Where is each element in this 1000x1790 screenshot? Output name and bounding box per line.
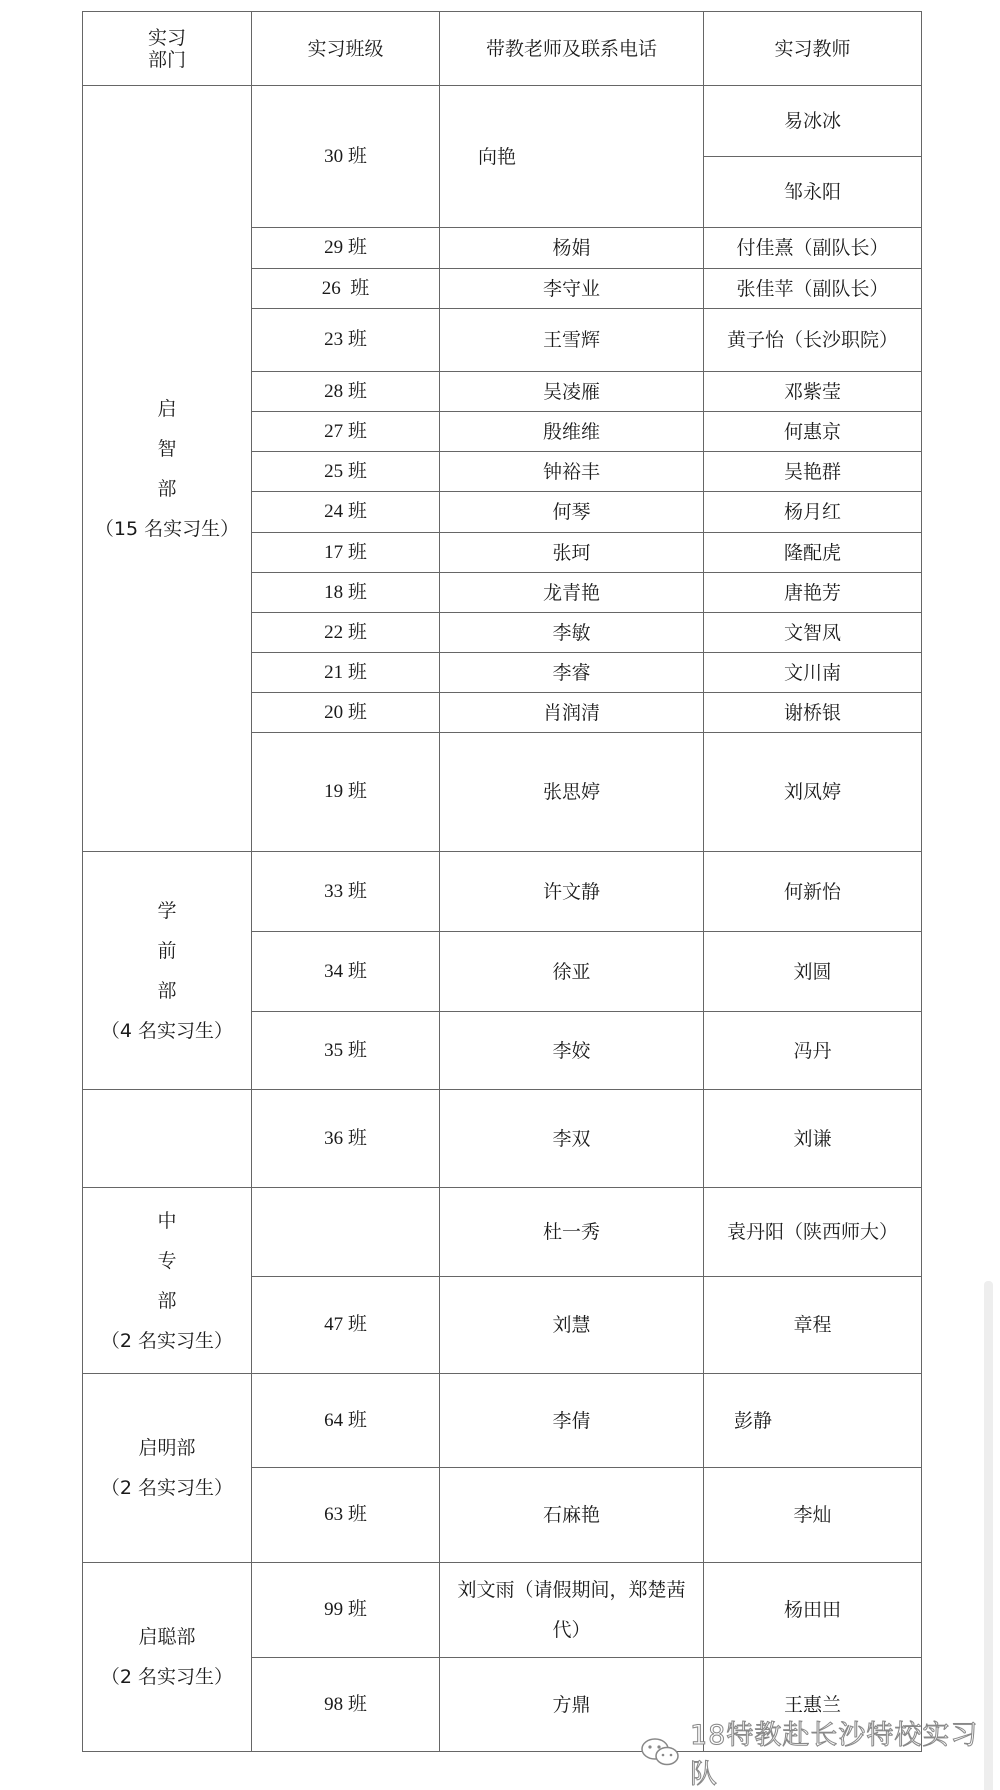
class-cell: 64 班 xyxy=(252,1374,440,1468)
intern-cell: 袁丹阳（陕西师大） xyxy=(704,1188,922,1277)
mentor-cell: 李敏 xyxy=(440,613,704,653)
intern-cell: 邹永阳 xyxy=(704,157,922,228)
mentor-cell: 杨娟 xyxy=(440,228,704,269)
table-row: 启聪部 （2 名实习生） 99 班 刘文雨（请假期间，郑楚茜代） 杨田田 xyxy=(83,1563,922,1658)
intern-cell: 付佳熹（副队长） xyxy=(704,228,922,269)
dept-cell-xueqian: 学 前 部 （4 名实习生） xyxy=(83,852,252,1090)
header-mentor: 带教老师及联系电话 xyxy=(440,12,704,86)
mentor-cell: 张思婷 xyxy=(440,733,704,852)
mentor-cell: 李睿 xyxy=(440,653,704,693)
mentor-cell: 李姣 xyxy=(440,1012,704,1090)
dept-cell-qicong: 启聪部 （2 名实习生） xyxy=(83,1563,252,1752)
mentor-cell: 杜一秀 xyxy=(440,1188,704,1277)
scrollbar[interactable] xyxy=(984,1281,993,1790)
intern-cell: 文智凤 xyxy=(704,613,922,653)
class-cell: 20 班 xyxy=(252,693,440,733)
dept-count: （4 名实习生） xyxy=(83,1011,251,1051)
dept-cell-qiming: 启明部 （2 名实习生） xyxy=(83,1374,252,1563)
intern-cell: 张佳苹（副队长） xyxy=(704,269,922,309)
header-dept-line1: 实习 xyxy=(83,27,251,49)
table-row: 中 专 部 （2 名实习生） 杜一秀 袁丹阳（陕西师大） xyxy=(83,1188,922,1277)
table-row: 学 前 部 （4 名实习生） 33 班 许文静 何新怡 xyxy=(83,852,922,932)
watermark: 18特教赴长沙特校实习队 xyxy=(640,1732,1000,1772)
intern-cell: 刘凤婷 xyxy=(704,733,922,852)
dept-label: 前 xyxy=(83,931,251,971)
intern-cell: 何惠京 xyxy=(704,412,922,452)
class-cell: 23 班 xyxy=(252,309,440,372)
intern-cell: 隆配虎 xyxy=(704,533,922,573)
class-cell: 30 班 xyxy=(252,86,440,228)
class-cell: 18 班 xyxy=(252,573,440,613)
class-cell: 27 班 xyxy=(252,412,440,452)
dept-count: （2 名实习生） xyxy=(83,1321,251,1361)
mentor-cell: 李倩 xyxy=(440,1374,704,1468)
class-cell: 36 班 xyxy=(252,1090,440,1188)
intern-cell: 刘圆 xyxy=(704,932,922,1012)
intern-cell: 易冰冰 xyxy=(704,86,922,157)
mentor-cell: 向艳 xyxy=(440,86,704,228)
intern-cell: 杨田田 xyxy=(704,1563,922,1658)
dept-label: 专 xyxy=(83,1241,251,1281)
mentor-cell: 吴凌雁 xyxy=(440,372,704,412)
dept-count: （2 名实习生） xyxy=(83,1657,251,1697)
mentor-cell: 龙青艳 xyxy=(440,573,704,613)
watermark-text: 18特教赴长沙特校实习队 xyxy=(690,1713,1000,1790)
mentor-cell: 徐亚 xyxy=(440,932,704,1012)
dept-count: （15 名实习生） xyxy=(83,509,251,549)
dept-label: 智 xyxy=(83,429,251,469)
intern-cell: 吴艳群 xyxy=(704,452,922,492)
dept-cell-zhongzhuan: 中 专 部 （2 名实习生） xyxy=(83,1188,252,1374)
intern-cell: 邓紫莹 xyxy=(704,372,922,412)
class-cell: 63 班 xyxy=(252,1468,440,1563)
intern-cell: 何新怡 xyxy=(704,852,922,932)
class-cell: 98 班 xyxy=(252,1658,440,1752)
intern-cell: 文川南 xyxy=(704,653,922,693)
class-cell xyxy=(252,1188,440,1277)
header-intern: 实习教师 xyxy=(704,12,922,86)
dept-label: 中 xyxy=(83,1201,251,1241)
mentor-cell: 李双 xyxy=(440,1090,704,1188)
mentor-cell: 钟裕丰 xyxy=(440,452,704,492)
dept-label: 部 xyxy=(83,469,251,509)
intern-cell: 杨月红 xyxy=(704,492,922,533)
class-cell: 25 班 xyxy=(252,452,440,492)
class-cell: 99 班 xyxy=(252,1563,440,1658)
mentor-cell: 刘慧 xyxy=(440,1277,704,1374)
mentor-cell: 殷维维 xyxy=(440,412,704,452)
mentor-cell: 张珂 xyxy=(440,533,704,573)
class-cell: 19 班 xyxy=(252,733,440,852)
table-row: 启 智 部 （15 名实习生） 30 班 向艳 易冰冰 xyxy=(83,86,922,157)
intern-cell: 冯丹 xyxy=(704,1012,922,1090)
dept-label: 启明部 xyxy=(83,1428,251,1468)
class-cell: 35 班 xyxy=(252,1012,440,1090)
wechat-icon xyxy=(640,1736,682,1768)
class-cell: 24 班 xyxy=(252,492,440,533)
dept-cell-empty xyxy=(83,1090,252,1188)
dept-count: （2 名实习生） xyxy=(83,1468,251,1508)
mentor-cell: 王雪辉 xyxy=(440,309,704,372)
table-row: 启明部 （2 名实习生） 64 班 李倩 彭静 xyxy=(83,1374,922,1468)
header-dept-line2: 部门 xyxy=(83,49,251,71)
internship-assignment-table: 实习 部门 实习班级 带教老师及联系电话 实习教师 启 智 部 （15 名实习生… xyxy=(82,11,922,1752)
table-row: 36 班 李双 刘谦 xyxy=(83,1090,922,1188)
class-cell: 47 班 xyxy=(252,1277,440,1374)
mentor-cell: 何琴 xyxy=(440,492,704,533)
mentor-cell: 刘文雨（请假期间，郑楚茜代） xyxy=(440,1563,704,1658)
mentor-cell: 肖润清 xyxy=(440,693,704,733)
dept-label: 启 xyxy=(83,389,251,429)
class-cell: 29 班 xyxy=(252,228,440,269)
class-cell: 34 班 xyxy=(252,932,440,1012)
mentor-cell: 石麻艳 xyxy=(440,1468,704,1563)
intern-cell: 谢桥银 xyxy=(704,693,922,733)
dept-label: 学 xyxy=(83,891,251,931)
intern-cell: 刘谦 xyxy=(704,1090,922,1188)
class-cell: 28 班 xyxy=(252,372,440,412)
mentor-cell: 李守业 xyxy=(440,269,704,309)
intern-cell: 唐艳芳 xyxy=(704,573,922,613)
intern-cell: 黄子怡（长沙职院） xyxy=(704,309,922,372)
class-cell: 26 班 xyxy=(252,269,440,309)
intern-cell: 章程 xyxy=(704,1277,922,1374)
dept-label: 部 xyxy=(83,971,251,1011)
dept-label: 部 xyxy=(83,1281,251,1321)
header-dept: 实习 部门 xyxy=(83,12,252,86)
intern-cell: 彭静 xyxy=(704,1374,922,1468)
mentor-cell: 许文静 xyxy=(440,852,704,932)
dept-cell-qizhi: 启 智 部 （15 名实习生） xyxy=(83,86,252,852)
class-cell: 17 班 xyxy=(252,533,440,573)
class-cell: 21 班 xyxy=(252,653,440,693)
header-row: 实习 部门 实习班级 带教老师及联系电话 实习教师 xyxy=(83,12,922,86)
header-class: 实习班级 xyxy=(252,12,440,86)
class-cell: 22 班 xyxy=(252,613,440,653)
intern-cell: 李灿 xyxy=(704,1468,922,1563)
dept-label: 启聪部 xyxy=(83,1617,251,1657)
class-cell: 33 班 xyxy=(252,852,440,932)
